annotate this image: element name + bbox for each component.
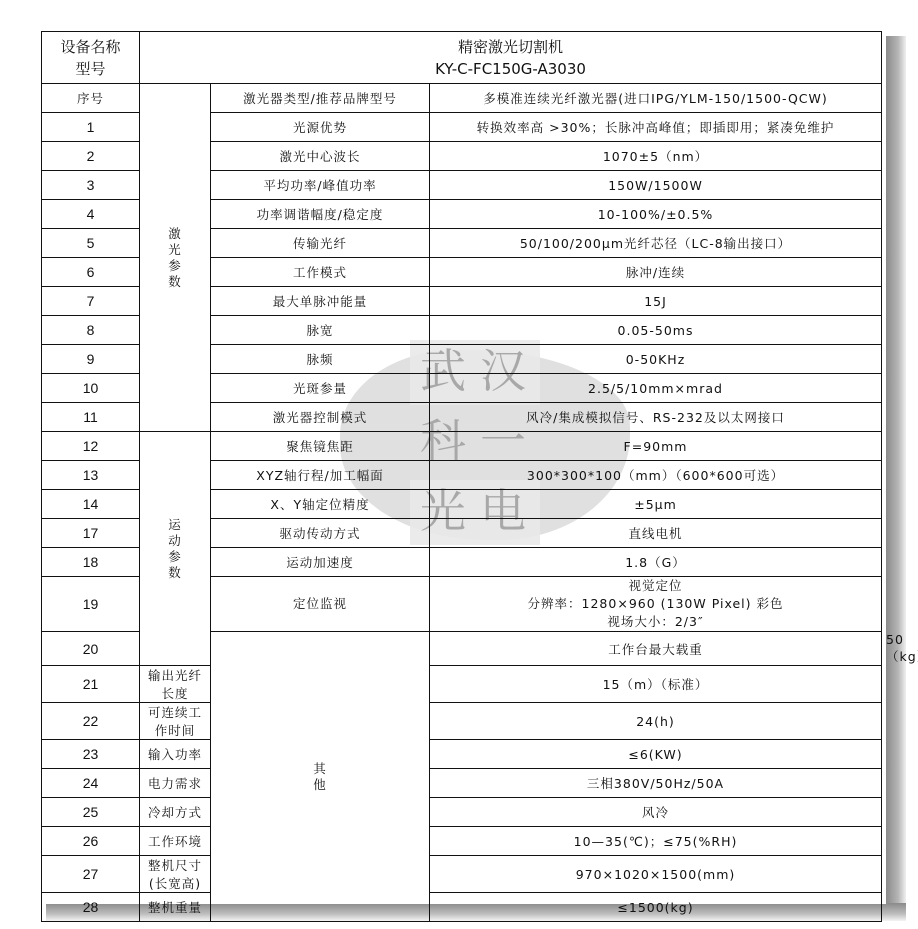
spec-table: 设备名称 型号 精密激光切割机 KY-C-FC150G-A3030 序号 激光参… (41, 31, 882, 922)
value-cell: ≤6(KW) (430, 740, 882, 769)
table-row: 12 运动参数 聚焦镜焦距F=90mm (42, 432, 882, 461)
table-row: 26工作环境10—35(℃)；≤75(%RH) (42, 827, 882, 856)
value-cell: 300*300*100（mm）（600*600可选） (430, 461, 882, 490)
row-number: 3 (42, 171, 140, 200)
row-number: 18 (42, 548, 140, 577)
param-cell: 运动加速度 (211, 548, 430, 577)
row-number: 10 (42, 374, 140, 403)
param-cell: 驱动传动方式 (211, 519, 430, 548)
value-cell: 三相380V/50Hz/50A (430, 769, 882, 798)
row-number: 27 (42, 856, 140, 893)
value-cell: 转换效率高 >30%；长脉冲高峰值；即插即用；紧凑免维护 (430, 113, 882, 142)
param-cell: X、Y轴定位精度 (211, 490, 430, 519)
param-cell: 脉宽 (211, 316, 430, 345)
value-cell: 15J (430, 287, 882, 316)
row-number: 8 (42, 316, 140, 345)
value-line: 分辨率：1280×960 (130W Pixel) 彩色 (434, 595, 877, 613)
row-number: 12 (42, 432, 140, 461)
param-cell: 工作模式 (211, 258, 430, 287)
group-other-params: 其他 (211, 632, 430, 922)
group-label: 运动参数 (168, 517, 182, 581)
table-row: 27整机尺寸(长宽高)970×1020×1500(mm) (42, 856, 882, 893)
value-cell: 视觉定位 分辨率：1280×960 (130W Pixel) 彩色 视场大小：2… (430, 577, 882, 632)
table-row: 23输入功率≤6(KW) (42, 740, 882, 769)
row-number: 9 (42, 345, 140, 374)
value-cell: F=90mm (430, 432, 882, 461)
param-cell: 电力需求 (140, 769, 211, 798)
device-name: 精密激光切割机 (144, 36, 877, 58)
value-cell: 24(h) (430, 703, 882, 740)
header-label-line2: 型号 (46, 58, 135, 80)
row-number: 22 (42, 703, 140, 740)
param-cell: 传输光纤 (211, 229, 430, 258)
param-cell: 定位监视 (211, 577, 430, 632)
value-line: 视觉定位 (434, 577, 877, 595)
value-cell: 直线电机 (430, 519, 882, 548)
index-header-cell: 序号 (42, 84, 140, 113)
value-cell: 1070±5（nm） (430, 142, 882, 171)
param-cell: 输入功率 (140, 740, 211, 769)
value-cell: 0.05-50ms (430, 316, 882, 345)
row-number: 11 (42, 403, 140, 432)
param-cell: 功率调谐幅度/稳定度 (211, 200, 430, 229)
row-number: 5 (42, 229, 140, 258)
row-number: 26 (42, 827, 140, 856)
row-number: 21 (42, 666, 140, 703)
page-shadow-right (886, 36, 906, 920)
group-label: 其他 (313, 761, 327, 793)
table-row: 序号 激光参数 激光器类型/推荐品牌型号 多模准连续光纤激光器(进口IPG/YL… (42, 84, 882, 113)
param-cell: 整机尺寸(长宽高) (140, 856, 211, 893)
param-cell: 脉频 (211, 345, 430, 374)
row-number: 6 (42, 258, 140, 287)
header-title-cell: 精密激光切割机 KY-C-FC150G-A3030 (140, 32, 882, 84)
param-cell: 聚焦镜焦距 (211, 432, 430, 461)
value-cell: 风冷/集成模拟信号、RS-232及以太网接口 (430, 403, 882, 432)
device-model: KY-C-FC150G-A3030 (144, 58, 877, 80)
value-cell: 150W/1500W (430, 171, 882, 200)
param-cell: 输出光纤长度 (140, 666, 211, 703)
row-number: 28 (42, 893, 140, 922)
group-motion-params: 运动参数 (140, 432, 211, 666)
value-cell: 2.5/5/10mm×mrad (430, 374, 882, 403)
row-number: 24 (42, 769, 140, 798)
value-cell: 10—35(℃)；≤75(%RH) (430, 827, 882, 856)
value-cell: 1.8（G） (430, 548, 882, 577)
row-number: 19 (42, 577, 140, 632)
value-cell: ±5μm (430, 490, 882, 519)
param-cell: 工作台最大载重 (430, 632, 882, 666)
table-row: 25冷却方式风冷 (42, 798, 882, 827)
row-number: 13 (42, 461, 140, 490)
header-row: 设备名称 型号 精密激光切割机 KY-C-FC150G-A3030 (42, 32, 882, 84)
table-row: 22可连续工作时间24(h) (42, 703, 882, 740)
param-cell: 激光器类型/推荐品牌型号 (211, 84, 430, 113)
header-label-line1: 设备名称 (46, 36, 135, 58)
value-cell: 脉冲/连续 (430, 258, 882, 287)
param-cell: 可连续工作时间 (140, 703, 211, 740)
row-number: 25 (42, 798, 140, 827)
value-cell: 50/100/200μm光纤芯径（LC-8输出接口） (430, 229, 882, 258)
row-number: 14 (42, 490, 140, 519)
table-row: 21输出光纤长度15（m）（标准） (42, 666, 882, 703)
value-cell: 多模准连续光纤激光器(进口IPG/YLM-150/1500-QCW) (430, 84, 882, 113)
value-cell: 0-50KHz (430, 345, 882, 374)
value-cell: 970×1020×1500(mm) (430, 856, 882, 893)
table-row: 28整机重量≤1500(kg) (42, 893, 882, 922)
param-cell: 激光中心波长 (211, 142, 430, 171)
row-number: 2 (42, 142, 140, 171)
header-label-cell: 设备名称 型号 (42, 32, 140, 84)
value-cell: 风冷 (430, 798, 882, 827)
param-cell: 最大单脉冲能量 (211, 287, 430, 316)
row-number: 20 (42, 632, 140, 666)
param-cell: 整机重量 (140, 893, 211, 922)
row-number: 7 (42, 287, 140, 316)
value-cell: ≤1500(kg) (430, 893, 882, 922)
param-cell: 平均功率/峰值功率 (211, 171, 430, 200)
param-cell: XYZ轴行程/加工幅面 (211, 461, 430, 490)
row-number: 23 (42, 740, 140, 769)
param-cell: 光斑参量 (211, 374, 430, 403)
param-cell: 激光器控制模式 (211, 403, 430, 432)
row-number: 4 (42, 200, 140, 229)
param-cell: 冷却方式 (140, 798, 211, 827)
row-number: 1 (42, 113, 140, 142)
param-cell: 工作环境 (140, 827, 211, 856)
value-cell: 15（m）（标准） (430, 666, 882, 703)
value-line: 视场大小：2/3″ (434, 613, 877, 631)
value-cell: 10-100%/±0.5% (430, 200, 882, 229)
row-number: 17 (42, 519, 140, 548)
group-laser-params: 激光参数 (140, 84, 211, 432)
group-label: 激光参数 (168, 226, 182, 290)
param-cell: 光源优势 (211, 113, 430, 142)
table-row: 24电力需求三相380V/50Hz/50A (42, 769, 882, 798)
